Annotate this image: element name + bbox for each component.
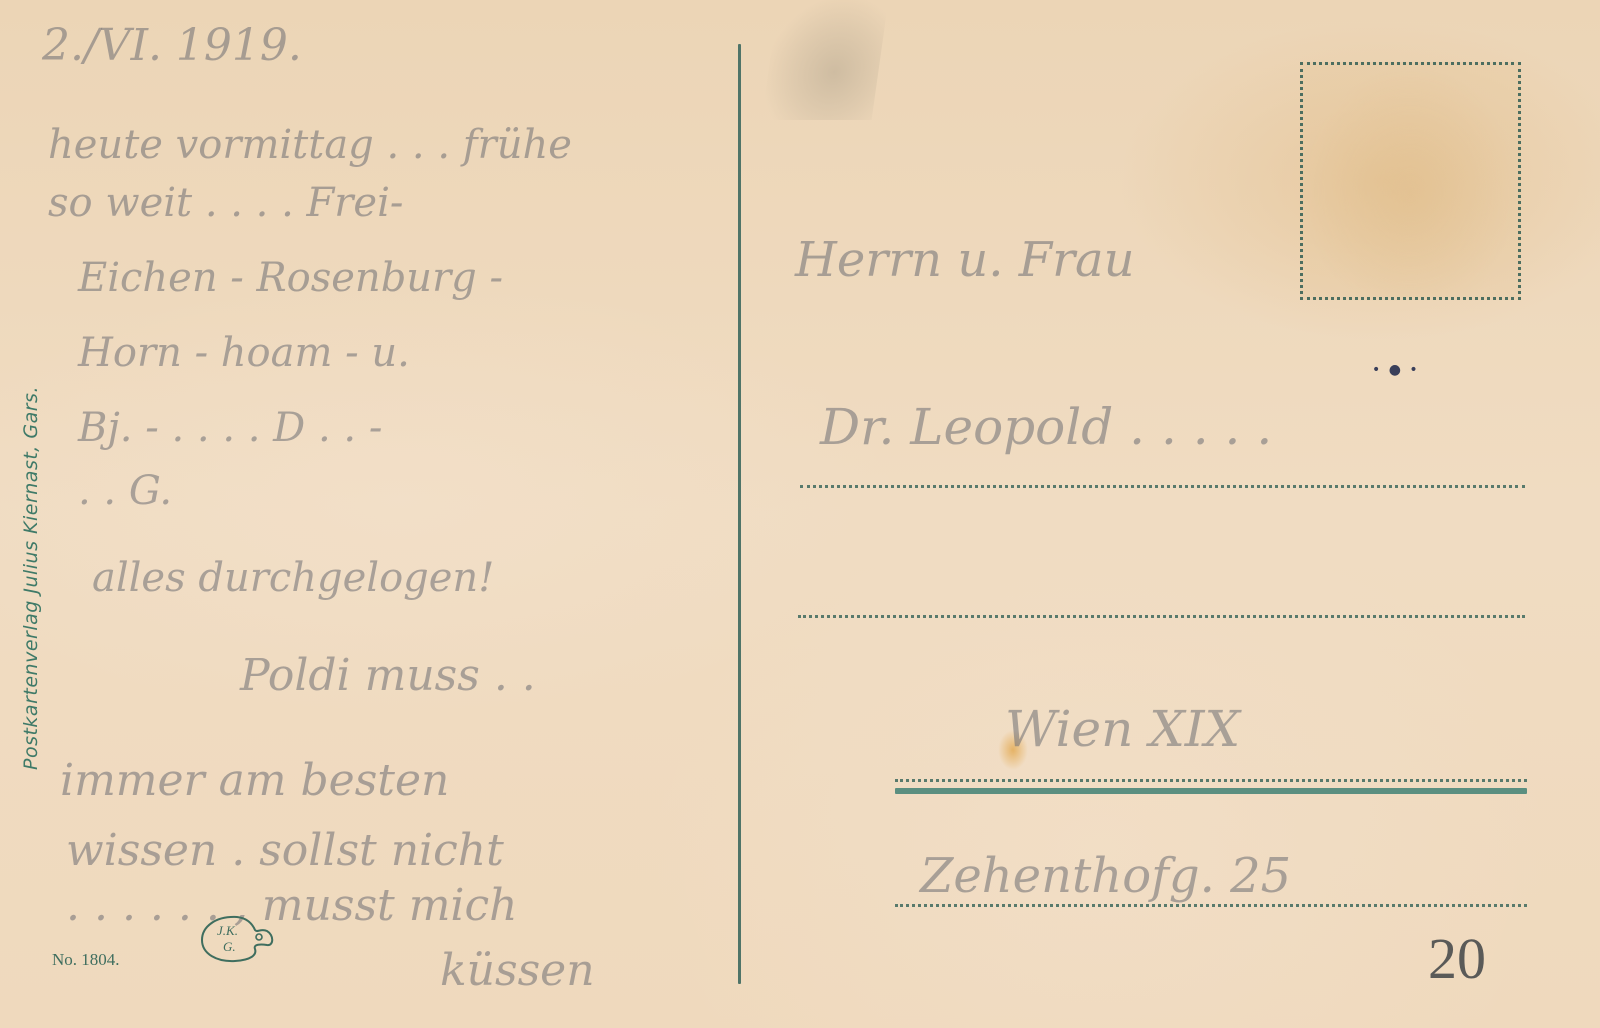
handwritten-date: 2./VI. 1919. [42, 20, 302, 71]
message-line: alles durchgelogen! [92, 555, 494, 601]
message-line: immer am besten [60, 755, 449, 806]
address-city: Wien XIX [1005, 700, 1240, 758]
center-divider [738, 44, 741, 984]
publisher-imprint: Postkartenverlag Julius Kiernast, Gars. [20, 386, 42, 770]
catalog-number: No. 1804. [52, 950, 120, 970]
message-line: . . G. [78, 468, 172, 514]
address-line-4 [895, 904, 1527, 907]
logo-monogram: J.K. [217, 923, 238, 938]
message-line: wissen . sollst nicht [66, 825, 504, 876]
city-underline [895, 788, 1527, 794]
message-line: heute vormittag . . . frühe [48, 122, 572, 168]
address-street: Zehenthofg. 25 [920, 848, 1291, 904]
address-salutation: Herrn u. Frau [795, 232, 1135, 288]
publisher-logo-icon: J.K. G. [199, 913, 275, 965]
stamp-placeholder-box [1300, 62, 1521, 300]
ink-dots: • ● • [1372, 362, 1420, 378]
message-line: küssen [440, 945, 595, 996]
svg-text:G.: G. [223, 939, 236, 954]
message-line: so weit . . . . Frei- [48, 180, 403, 226]
message-line: Eichen - Rosenburg - [78, 255, 503, 301]
address-name: Dr. Leopold . . . . . [820, 398, 1272, 456]
address-line-1 [800, 485, 1525, 488]
message-line: Horn - hoam - u. [78, 330, 410, 376]
address-line-2 [798, 615, 1525, 618]
price-code: 20 [1428, 925, 1486, 992]
message-line: Poldi muss . . [240, 650, 536, 701]
message-line: Bj. - . . . . D . . - [78, 405, 382, 451]
message-line: . . . . . . , musst mich [66, 880, 517, 931]
postcard: Postkartenverlag Julius Kiernast, Gars. … [0, 0, 1600, 1028]
address-line-3 [895, 779, 1527, 782]
pencil-smudge [762, 0, 889, 120]
